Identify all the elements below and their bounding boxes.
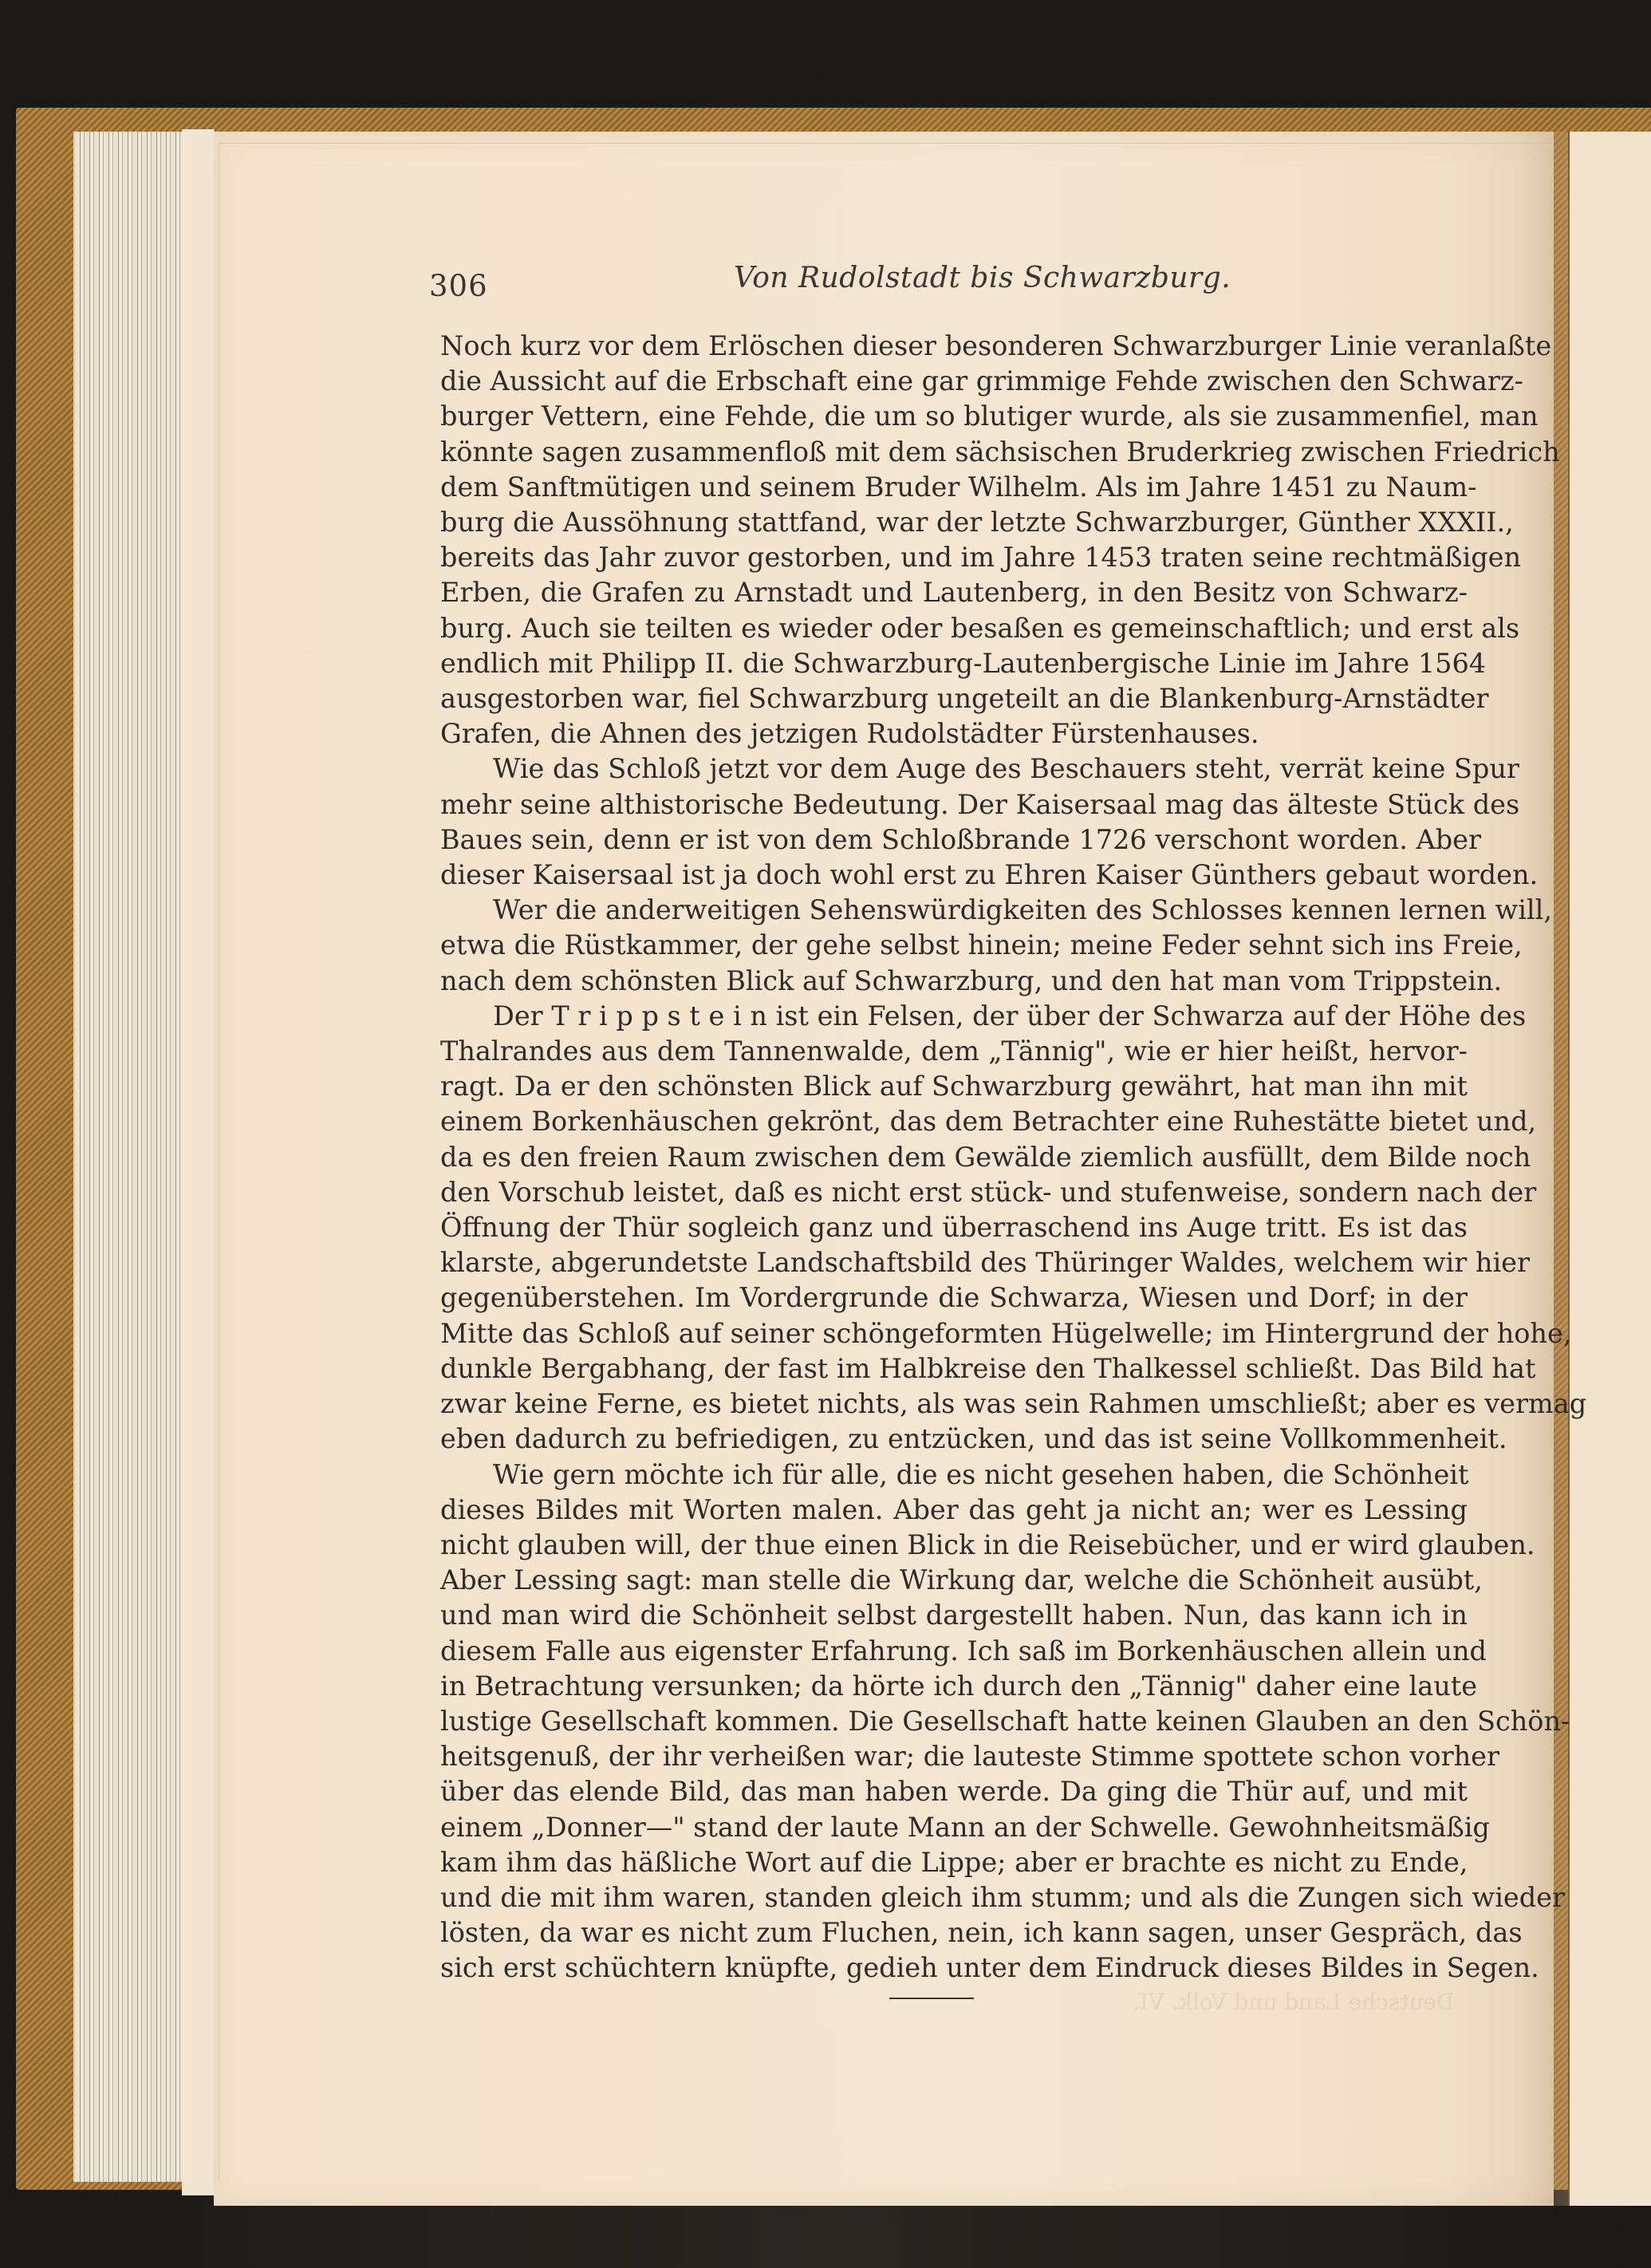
text-line: dieses Bildes mit Worten malen. Aber das… [440, 1493, 1468, 1528]
text-line: Noch kurz vor dem Erlöschen dieser beson… [440, 329, 1468, 364]
text-line: Wer die anderweitigen Sehenswürdigkeiten… [440, 893, 1468, 928]
text-line: etwa die Rüstkammer, der gehe selbst hin… [440, 928, 1468, 963]
text-line: eben dadurch zu befriedigen, zu entzücke… [440, 1422, 1468, 1457]
text-line: da es den freien Raum zwischen dem Gewäl… [440, 1140, 1468, 1175]
text-line: ragt. Da er den schönsten Blick auf Schw… [440, 1069, 1468, 1104]
text-line: nach dem schönsten Blick auf Schwarzburg… [440, 964, 1468, 999]
text-line: bereits das Jahr zuvor gestorben, und im… [440, 540, 1468, 575]
text-line: burg die Aussöhnung stattfand, war der l… [440, 505, 1468, 540]
text-line: ausgestorben war, fiel Schwarzburg unget… [440, 681, 1468, 716]
text-line: dieser Kaisersaal ist ja doch wohl erst … [440, 858, 1468, 893]
text-line: kam ihm das häßliche Wort auf die Lippe;… [440, 1845, 1468, 1880]
text-line: einem „Donner—" stand der laute Mann an … [440, 1810, 1468, 1845]
text-line: könnte sagen zusammenfloß mit dem sächsi… [440, 435, 1468, 470]
text-line: Wie das Schloß jetzt vor dem Auge des Be… [440, 751, 1468, 787]
text-line: nicht glauben will, der thue einen Blick… [440, 1528, 1468, 1563]
body-text: Noch kurz vor dem Erlöschen dieser beson… [440, 329, 1468, 1986]
text-line: Erben, die Grafen zu Arnstadt und Lauten… [440, 575, 1468, 610]
text-line: burg. Auch sie teilten es wieder oder be… [440, 611, 1468, 646]
text-line: Grafen, die Ahnen des jetzigen Rudolstäd… [440, 716, 1468, 751]
facing-page-edge [1570, 132, 1651, 2206]
page-stack-face [182, 129, 215, 2195]
text-line: in Betrachtung versunken; da hörte ich d… [440, 1669, 1468, 1704]
bleed-through-text: Deutsche Land und Volk. VI. [1133, 1989, 1454, 2015]
text-line: lösten, da war es nicht zum Fluchen, nei… [440, 1915, 1468, 1950]
text-line: Der T r i p p s t e i n ist ein Felsen, … [440, 999, 1468, 1034]
text-line: Mitte das Schloß auf seiner schöngeformt… [440, 1316, 1468, 1351]
page-number: 306 [429, 269, 488, 303]
text-line: über das elende Bild, das man haben werd… [440, 1774, 1468, 1809]
text-line: gegenüberstehen. Im Vordergrunde die Sch… [440, 1280, 1468, 1315]
text-line: klarste, abgerundetste Landschaftsbild d… [440, 1245, 1468, 1280]
text-line: und man wird die Schönheit selbst darges… [440, 1598, 1468, 1633]
text-line: Baues sein, denn er ist von dem Schloßbr… [440, 822, 1468, 858]
text-line: lustige Gesellschaft kommen. Die Gesells… [440, 1704, 1468, 1739]
text-line: den Vorschub leistet, daß es nicht erst … [440, 1175, 1468, 1210]
text-line: diesem Falle aus eigenster Erfahrung. Ic… [440, 1634, 1468, 1669]
text-line: dunkle Bergabhang, der fast im Halbkreis… [440, 1351, 1468, 1386]
text-line: endlich mit Philipp II. die Schwarzburg-… [440, 646, 1468, 681]
text-line: heitsgenuß, der ihr verheißen war; die l… [440, 1739, 1468, 1774]
text-line: burger Vettern, eine Fehde, die um so bl… [440, 399, 1468, 434]
text-line: die Aussicht auf die Erbschaft eine gar … [440, 364, 1468, 399]
book-gutter [1568, 132, 1570, 2206]
text-line: sich erst schüchtern knüpfte, gedieh unt… [440, 1950, 1468, 1986]
text-line: Öffnung der Thür sogleich ganz und überr… [440, 1210, 1468, 1245]
text-line: und die mit ihm waren, standen gleich ih… [440, 1880, 1468, 1915]
text-line: mehr seine althistorische Bedeutung. Der… [440, 787, 1468, 822]
text-line: einem Borkenhäuschen gekrönt, das dem Be… [440, 1104, 1468, 1139]
text-line: Thalrandes aus dem Tannenwalde, dem „Tän… [440, 1034, 1468, 1069]
text-line: Aber Lessing sagt: man stelle die Wirkun… [440, 1563, 1468, 1598]
running-head: Von Rudolstadt bis Schwarzburg. [734, 262, 1231, 294]
text-line: zwar keine Ferne, es bietet nichts, als … [440, 1386, 1468, 1422]
end-rule [889, 1998, 974, 1999]
text-line: Wie gern möchte ich für alle, die es nic… [440, 1457, 1468, 1493]
text-line: dem Sanftmütigen und seinem Bruder Wilhe… [440, 470, 1468, 505]
